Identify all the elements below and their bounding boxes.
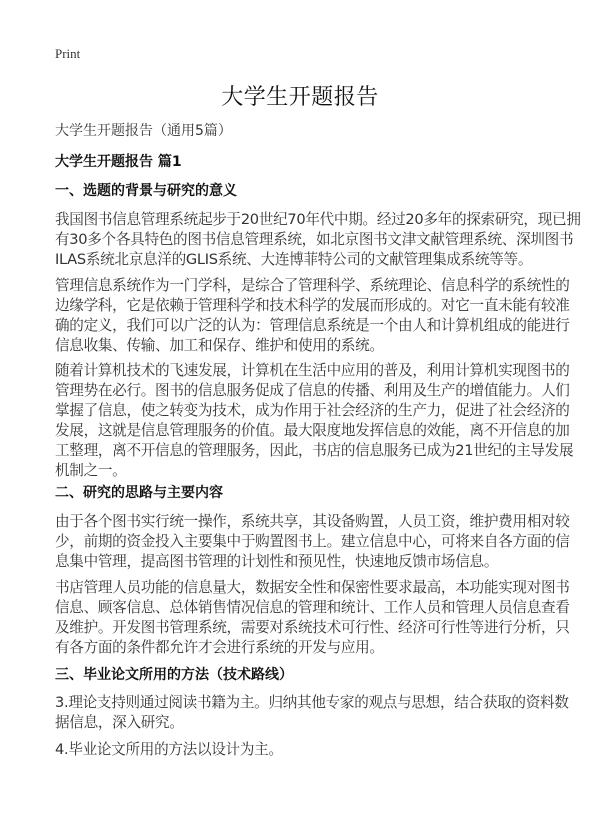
paragraph: 我国图书信息管理系统起步于20世纪70年代中期。经过20多年的探索研究，现已拥 … <box>55 210 555 270</box>
text-line: 发展，这就是信息管理服务的价值。最大限度地发挥信息的效能，离不开信息的加 <box>55 421 555 441</box>
paragraph: 随着计算机技术的飞速发展，计算机在生活中应用的普及，利用计算机实现图书的 管理势… <box>55 361 555 481</box>
text-line: 书店管理人员功能的信息量大，数据安全性和保密性要求最高，本功能实现对图书 <box>55 578 555 598</box>
text-line: 管理信息系统作为一门学科，是综合了管理科学、系统理论、信息科学的系统性的 <box>55 276 555 296</box>
text-line: 3.理论支持则通过阅读书籍为主。归纳其他专家的观点与思想，结合获取的资料数 <box>55 693 555 713</box>
section-heading-1: 一、选题的背景与研究的意义 <box>55 180 237 200</box>
text-line: 工整理，离不开信息的管理服务，因此，书店的信息服务已成为21世纪的主导发展 <box>55 441 555 461</box>
document-subtitle: 大学生开题报告（通用5篇） <box>55 120 232 140</box>
paragraph: 由于各个图书实行统一操作，系统共享，其设备购置，人员工资，维护费用相对较 少，前… <box>55 512 555 572</box>
print-link[interactable]: Print <box>55 46 80 62</box>
text-line: 由于各个图书实行统一操作，系统共享，其设备购置，人员工资，维护费用相对较 <box>55 512 555 532</box>
text-line: 管理势在必行。图书的信息服务促成了信息的传播、利用及生产的增值能力。人们 <box>55 381 555 401</box>
text-line: 据信息，深入研究。 <box>55 713 555 733</box>
section-heading-2: 二、研究的思路与主要内容 <box>55 482 223 502</box>
text-line: ILAS系统北京息洋的GLIS系统、大连博菲特公司的文献管理集成系统等等。 <box>55 250 555 270</box>
text-line: 息集中管理，提高图书管理的计划性和预见性，快速地反馈市场信息。 <box>55 552 555 572</box>
section-heading-3: 三、毕业论文所用的方法（技术路线） <box>55 664 293 684</box>
paragraph: 3.理论支持则通过阅读书籍为主。归纳其他专家的观点与思想，结合获取的资料数 据信… <box>55 693 555 733</box>
text-line: 及维护。开发图书管理系统，需要对系统技术可行性、经济可行性等进行分析，只 <box>55 618 555 638</box>
text-line: 机制之一。 <box>55 461 555 481</box>
text-line: 我国图书信息管理系统起步于20世纪70年代中期。经过20多年的探索研究，现已拥 <box>55 210 555 230</box>
text-line: 4.毕业论文所用的方法以设计为主。 <box>55 740 555 760</box>
paragraph: 4.毕业论文所用的方法以设计为主。 <box>55 740 555 760</box>
part-heading: 大学生开题报告 篇1 <box>55 151 182 171</box>
text-line: 信息收集、传输、加工和保存、维护和使用的系统。 <box>55 336 555 356</box>
text-line: 掌握了信息，使之转变为技术，成为作用于社会经济的生产力，促进了社会经济的 <box>55 401 555 421</box>
text-line: 有各方面的条件都允许才会进行系统的开发与应用。 <box>55 638 555 658</box>
text-line: 随着计算机技术的飞速发展，计算机在生活中应用的普及，利用计算机实现图书的 <box>55 361 555 381</box>
paragraph: 书店管理人员功能的信息量大，数据安全性和保密性要求最高，本功能实现对图书 信息、… <box>55 578 555 658</box>
text-line: 确的定义，我们可以广泛的认为：管理信息系统是一个由人和计算机组成的能进行 <box>55 316 555 336</box>
document-title: 大学生开题报告 <box>0 80 600 111</box>
text-line: 有30多个各具特色的图书信息管理系统，如北京图书文津文献管理系统、深圳图书 <box>55 230 555 250</box>
paragraph: 管理信息系统作为一门学科，是综合了管理科学、系统理论、信息科学的系统性的 边缘学… <box>55 276 555 356</box>
text-line: 信息、顾客信息、总体销售情况信息的管理和统计、工作人员和管理人员信息查看 <box>55 598 555 618</box>
text-line: 边缘学科，它是依赖于管理科学和技术科学的发展而形成的。对它一直未能有较准 <box>55 296 555 316</box>
text-line: 少，前期的资金投入主要集中于购置图书上。建立信息中心，可将来自各方面的信 <box>55 532 555 552</box>
